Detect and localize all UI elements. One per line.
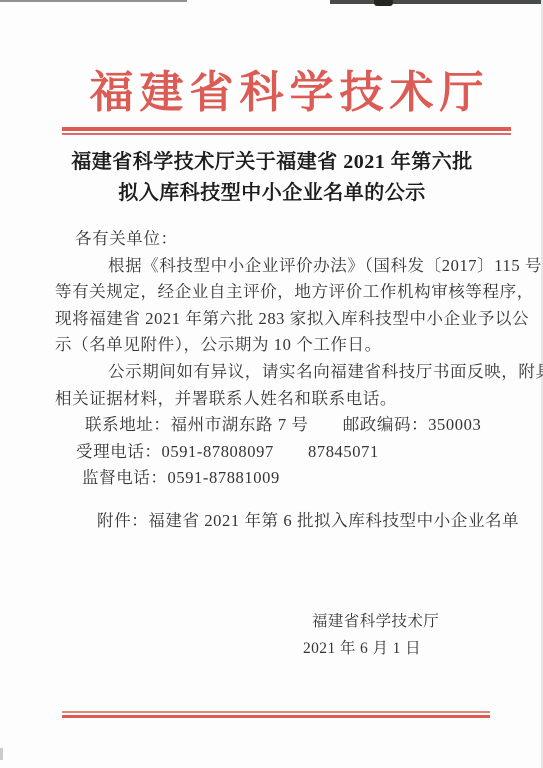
- letterhead-rule: [62, 127, 511, 135]
- scanned-document-page: 福建省科学技术厅 福建省科学技术厅关于福建省 2021 年第六批 拟入库科技型中…: [0, 0, 543, 768]
- body-line: 受理电话：0591-87808097 87845071: [76, 439, 517, 466]
- document-body: 各有关单位：根据《科技型中小企业评价办法》（国科发〔2017〕115 号）等有关…: [55, 226, 517, 492]
- footer-rule: [62, 711, 490, 718]
- body-line: 根据《科技型中小企业评价办法》（国科发〔2017〕115 号）: [108, 253, 517, 280]
- attachment-line: 附件：福建省 2021 年第 6 批拟入库科技型中小企业名单: [97, 508, 519, 535]
- signature-block: 福建省科学技术厅 2021 年 6 月 1 日: [312, 608, 439, 662]
- document-title: 福建省科学技术厅关于福建省 2021 年第六批 拟入库科技型中小企业名单的公示: [32, 147, 512, 209]
- letterhead-rule-thick: [62, 127, 511, 131]
- letterhead-rule-thin: [62, 133, 511, 135]
- agency-letterhead: 福建省科学技术厅: [62, 56, 511, 120]
- footer-rule-thick: [62, 715, 490, 718]
- scan-edge-artifact: [330, 0, 543, 4]
- signature-agency: 福建省科学技术厅: [312, 608, 439, 635]
- scan-edge-artifact: [0, 748, 3, 760]
- body-line: 各有关单位：: [75, 226, 517, 253]
- body-line: 公示期间如有异议，请实名向福建省科技厅书面反映，附具: [108, 359, 517, 386]
- body-line: 相关证据材料，并署联系人姓名和联系电话。: [55, 386, 517, 413]
- document-title-line-1: 福建省科学技术厅关于福建省 2021 年第六批: [32, 147, 512, 178]
- footer-rule-thin: [62, 711, 490, 713]
- body-line: 监督电话：0591-87881009: [82, 465, 517, 492]
- signature-date: 2021 年 6 月 1 日: [303, 635, 439, 662]
- document-title-line-2: 拟入库科技型中小企业名单的公示: [32, 178, 512, 209]
- scan-edge-artifact: [0, 0, 187, 2]
- body-line: 等有关规定，经企业自主评价，地方评价工作机构审核等程序，: [55, 279, 517, 306]
- scan-edge-artifact: [374, 0, 393, 6]
- body-line: 示（名单见附件），公示期为 10 个工作日。: [55, 332, 517, 359]
- body-line: 联系地址：福州市湖东路 7 号 邮政编码：350003: [85, 412, 517, 439]
- body-line: 现将福建省 2021 年第六批 283 家拟入库科技型中小企业予以公: [55, 306, 517, 333]
